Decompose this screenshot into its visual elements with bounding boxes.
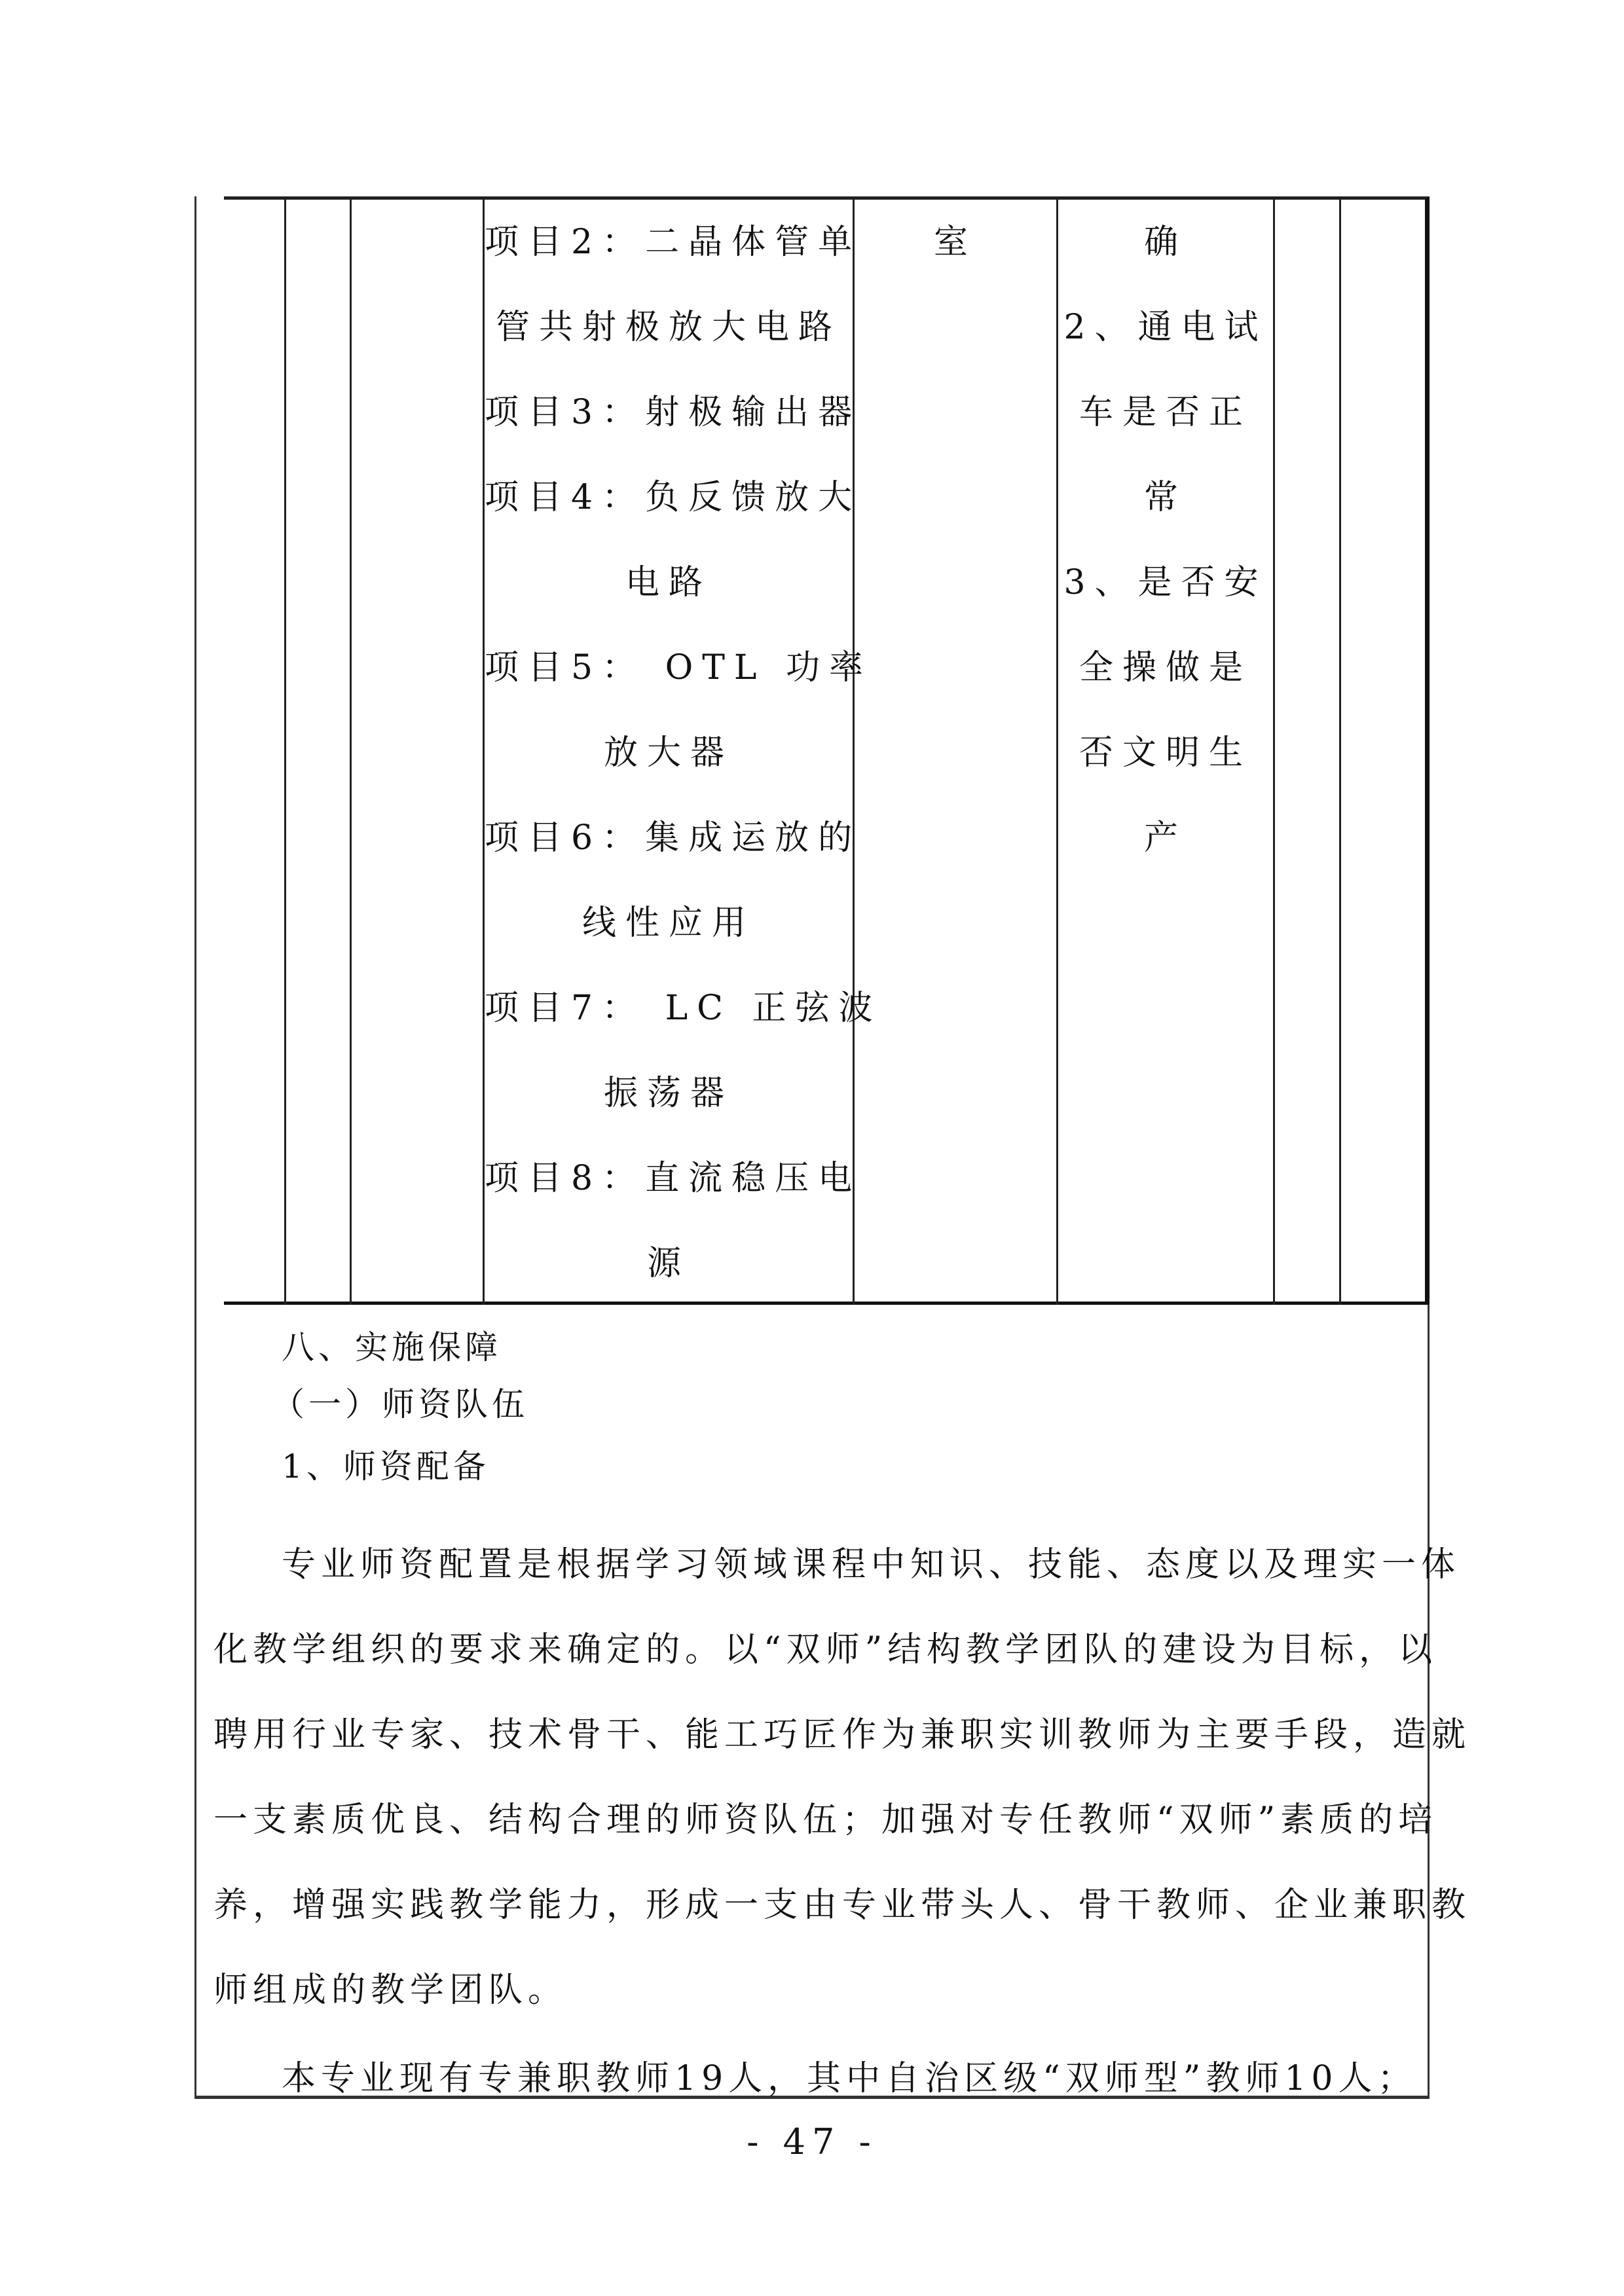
assessment-line: 全操做是	[1058, 625, 1273, 710]
project-line: 电路	[485, 540, 853, 625]
paragraph-line: 养，增强实践教学能力，形成一支由专业带头人、骨干教师、企业兼职教	[213, 1863, 1418, 1948]
project-line: 线性应用	[485, 881, 853, 966]
project-line: 项目7： LC 正弦波	[485, 966, 853, 1051]
table-column-divider	[350, 196, 352, 1305]
project-line: 项目5： OTL 功率	[485, 625, 853, 710]
project-line: 项目6：集成运放的	[485, 795, 853, 881]
project-line: 源	[485, 1221, 853, 1306]
assessment-line: 3、是否安	[1058, 540, 1273, 625]
table-column-divider	[1339, 196, 1341, 1305]
table-column-divider	[853, 196, 855, 1305]
section-subheading: （一）师资队伍	[272, 1378, 528, 1425]
paragraph-line: 师组成的教学团队。	[213, 1948, 1418, 2033]
paragraph-line: 本专业现有专兼职教师19人，其中自治区级“双师型”教师10人；	[213, 2036, 1418, 2121]
table-cell-projects: 项目2：二晶体管单 管共射极放大电路 项目3：射极输出器 项目4：负反馈放大 电…	[485, 200, 853, 1306]
project-line: 项目2：二晶体管单	[485, 200, 853, 285]
project-line: 振荡器	[485, 1051, 853, 1136]
project-line: 项目3：射极输出器	[485, 370, 853, 455]
assessment-line: 确	[1058, 200, 1273, 285]
paragraph-line: 聘用行业专家、技术骨干、能工巧匠作为兼职实训教师为主要手段，造就	[213, 1692, 1418, 1777]
assessment-line: 否文明生	[1058, 710, 1273, 795]
assessment-line: 常	[1058, 455, 1273, 540]
project-line: 管共射极放大电路	[485, 285, 853, 370]
table-column-divider	[1273, 196, 1275, 1305]
paragraph-staffing: 专业师资配置是根据学习领域课程中知识、技能、态度以及理实一体 化教学组织的要求来…	[213, 1522, 1418, 2033]
table-cell-assessment: 确 2、通电试 车是否正 常 3、是否安 全操做是 否文明生 产	[1058, 200, 1273, 881]
project-line: 项目4：负反馈放大	[485, 455, 853, 540]
assessment-line: 2、通电试	[1058, 285, 1273, 370]
paragraph-teacher-count: 本专业现有专兼职教师19人，其中自治区级“双师型”教师10人；	[213, 2036, 1418, 2121]
paragraph-line: 化教学组织的要求来确定的。以“双师”结构教学团队的建设为目标，以	[213, 1607, 1418, 1692]
paragraph-line: 一支素质优良、结构合理的师资队伍；加强对专任教师“双师”素质的培	[213, 1777, 1418, 1863]
assessment-line: 车是否正	[1058, 370, 1273, 455]
table-cell-location: 室	[855, 200, 1056, 285]
paragraph-line: 专业师资配置是根据学习领域课程中知识、技能、态度以及理实一体	[213, 1522, 1418, 1607]
table-column-divider	[284, 196, 286, 1305]
location-line: 室	[855, 200, 1056, 285]
section-heading: 八、实施保障	[282, 1321, 502, 1368]
project-line: 放大器	[485, 710, 853, 795]
project-line: 项目8：直流稳压电	[485, 1136, 853, 1221]
page-number: - 47 -	[0, 2121, 1624, 2162]
assessment-line: 产	[1058, 795, 1273, 881]
section-subsubheading: 1、师资配备	[282, 1440, 490, 1487]
